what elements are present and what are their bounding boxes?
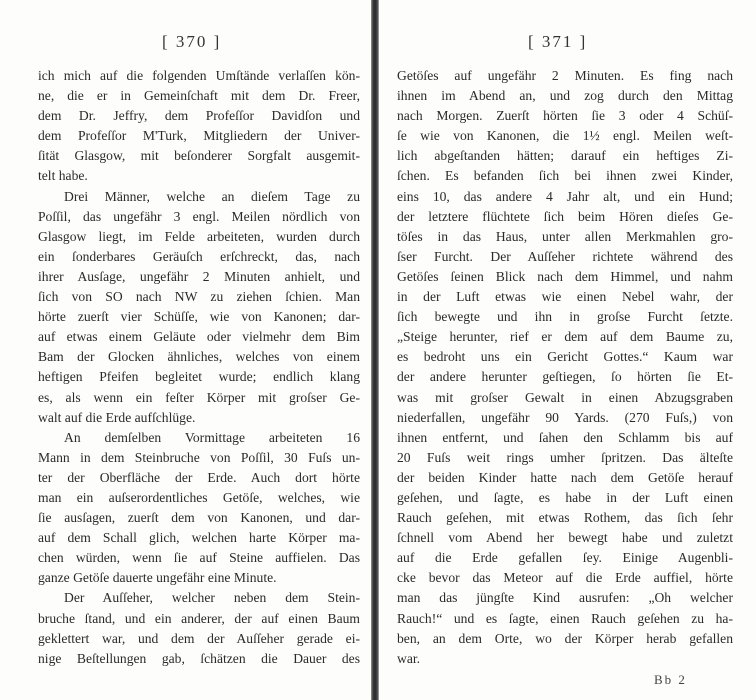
text-line: „Steige herunter, rief er dem auf dem Ba… bbox=[397, 327, 733, 347]
text-line: ich mich auf die folgenden Umſtände verl… bbox=[38, 66, 360, 86]
text-line: auf die Erde gefallen ſey. Einige Augenb… bbox=[397, 548, 733, 568]
text-line: töſes in das Haus, unter allen Merkmahle… bbox=[397, 227, 733, 247]
text-line: An demſelben Vormittage arbeiteten 16 bbox=[38, 428, 360, 448]
text-line: Poſſil, das ungefähr 3 engl. Meilen nörd… bbox=[38, 207, 360, 227]
text-line: es, als wenn ein feſter Körper mit groſs… bbox=[38, 388, 360, 408]
text-line: ter der Oberfläche der Erde. Auch dort h… bbox=[38, 468, 360, 488]
page-number: [ 370 ] bbox=[162, 32, 221, 52]
left-page: [ 370 ] ich mich auf die folgenden Umſtä… bbox=[0, 0, 372, 700]
page-text: ich mich auf die folgenden Umſtände verl… bbox=[38, 66, 360, 669]
text-line: in der Luft etwas wie einen Nebel wahr, … bbox=[397, 287, 733, 307]
text-line: ſe wie von Kanonen, die 1½ engl. Meilen … bbox=[397, 126, 733, 146]
text-line: dem Dr. Jeffry, dem Profeſſor Davidſon u… bbox=[38, 106, 360, 126]
text-line: Bam der Glocken ähnliches, welches von e… bbox=[38, 347, 360, 367]
text-line: war. bbox=[397, 649, 733, 669]
text-line: telt habe. bbox=[38, 166, 360, 186]
text-line: nige Beſtellungen gab, ſchätzen die Daue… bbox=[38, 649, 360, 669]
text-line: ſser Furcht. Der Auſſeher richtete währe… bbox=[397, 247, 733, 267]
signature-mark: Bb 2 bbox=[654, 672, 687, 688]
text-line: heftigen Pfeifen begleitet wurde; endlic… bbox=[38, 367, 360, 387]
text-line: Mann in dem Steinbruche von Poſſil, 30 F… bbox=[38, 448, 360, 468]
text-line: lich abgeſtanden hätten; darauf ein heft… bbox=[397, 146, 733, 166]
text-line: Getöſes ſeinen Blick nach dem Himmel, un… bbox=[397, 267, 733, 287]
text-line: Rauch!“ und es ſagte, einen Rauch geſehe… bbox=[397, 609, 733, 629]
text-line: auf etwas einem Geläute oder vielmehr de… bbox=[38, 327, 360, 347]
text-line: walt auf die Erde aufſchlüge. bbox=[38, 408, 360, 428]
text-line: ſich bewegte und ihn in groſse Furcht ſe… bbox=[397, 307, 733, 327]
text-line: geklettert war, und dem der Auſſeher ger… bbox=[38, 629, 360, 649]
text-line: ſchnell vom Abend her bewegt habe und zu… bbox=[397, 528, 733, 548]
text-line: nach Morgen. Zuerſt hörten ſie 3 oder 4 … bbox=[397, 106, 733, 126]
text-line: dem Profeſſor M'Turk, Mitgliedern der Un… bbox=[38, 126, 360, 146]
text-line: 20 Fuſs weit rings umher ſpritzen. Das ä… bbox=[397, 448, 733, 468]
text-line: ein ſonderbares Geräuſch erſchreckt, das… bbox=[38, 247, 360, 267]
text-line: was mit groſser Gewalt in einen Abzugsgr… bbox=[397, 388, 733, 408]
text-line: geſehen, und ſagte, es habe in der Luft … bbox=[397, 488, 733, 508]
text-line: ſie ausſagen, zuerſt dem von Kanonen, un… bbox=[38, 508, 360, 528]
text-line: Drei Männer, welche an dieſem Tage zu bbox=[38, 187, 360, 207]
right-page: [ 371 ] Getöſes auf ungefähr 2 Minuten. … bbox=[380, 0, 756, 700]
page-number: [ 371 ] bbox=[528, 32, 587, 52]
text-line: ſich von SO nach NW zu ziehen ſchien. Ma… bbox=[38, 287, 360, 307]
text-line: bruche ſtand, und ein anderer, der auf e… bbox=[38, 609, 360, 629]
book-gutter bbox=[371, 0, 379, 700]
text-line: der beiden Kinder hatte nach dem Getöſe … bbox=[397, 468, 733, 488]
text-line: ihnen entfernt, und ſahen den Schlamm bi… bbox=[397, 428, 733, 448]
text-line: ſchen. Es befanden ſich bei ihnen zwei K… bbox=[397, 166, 733, 186]
text-line: Glasgow liegt, im Felde arbeiteten, wurd… bbox=[38, 227, 360, 247]
text-line: ſität Glasgow, mit beſonderer Sorgfalt a… bbox=[38, 146, 360, 166]
text-line: niederfallen, ungefähr 90 Yards. (270 Fu… bbox=[397, 408, 733, 428]
text-line: cke bevor das Meteor auf die Erde auffie… bbox=[397, 568, 733, 588]
page-text: Getöſes auf ungefähr 2 Minuten. Es fing … bbox=[397, 66, 733, 669]
text-line: der andere herunter geſtiegen, ſo hörten… bbox=[397, 367, 733, 387]
text-line: ihrer Ausſage, ungefähr 2 Minuten anhiel… bbox=[38, 267, 360, 287]
text-line: ihnen im Abend an, und zog durch den Mit… bbox=[397, 86, 733, 106]
text-line: ganze Getöſe dauerte ungefähr eine Minut… bbox=[38, 568, 360, 588]
text-line: ben, an dem Orte, wo der Körper herab ge… bbox=[397, 629, 733, 649]
text-line: Der Auſſeher, welcher neben dem Stein- bbox=[38, 588, 360, 608]
text-line: auf dem Schall glich, welchen harte Körp… bbox=[38, 528, 360, 548]
text-line: chen würden, wenn ſie auf Steine auffiel… bbox=[38, 548, 360, 568]
text-line: hörte zuerſt vier Schüſſe, wie von Kanon… bbox=[38, 307, 360, 327]
text-line: eins 10, das andere 4 Jahr alt, und ein … bbox=[397, 187, 733, 207]
text-line: der letztere flüchtete ſich beim Hören d… bbox=[397, 207, 733, 227]
text-line: Getöſes auf ungefähr 2 Minuten. Es fing … bbox=[397, 66, 733, 86]
text-line: man das jüngſte Kind ausrufen: „Oh welch… bbox=[397, 588, 733, 608]
text-line: man ein auſserordentliches Getöſe, welch… bbox=[38, 488, 360, 508]
text-line: es bedroht uns ein Gericht Gottes.“ Kaum… bbox=[397, 347, 733, 367]
text-line: Rauch geſehen, mit etwas Rothem, das ſic… bbox=[397, 508, 733, 528]
text-line: ne, die er in Gemeinſchaft mit dem Dr. F… bbox=[38, 86, 360, 106]
book-spread: [ 370 ] ich mich auf die folgenden Umſtä… bbox=[0, 0, 756, 700]
